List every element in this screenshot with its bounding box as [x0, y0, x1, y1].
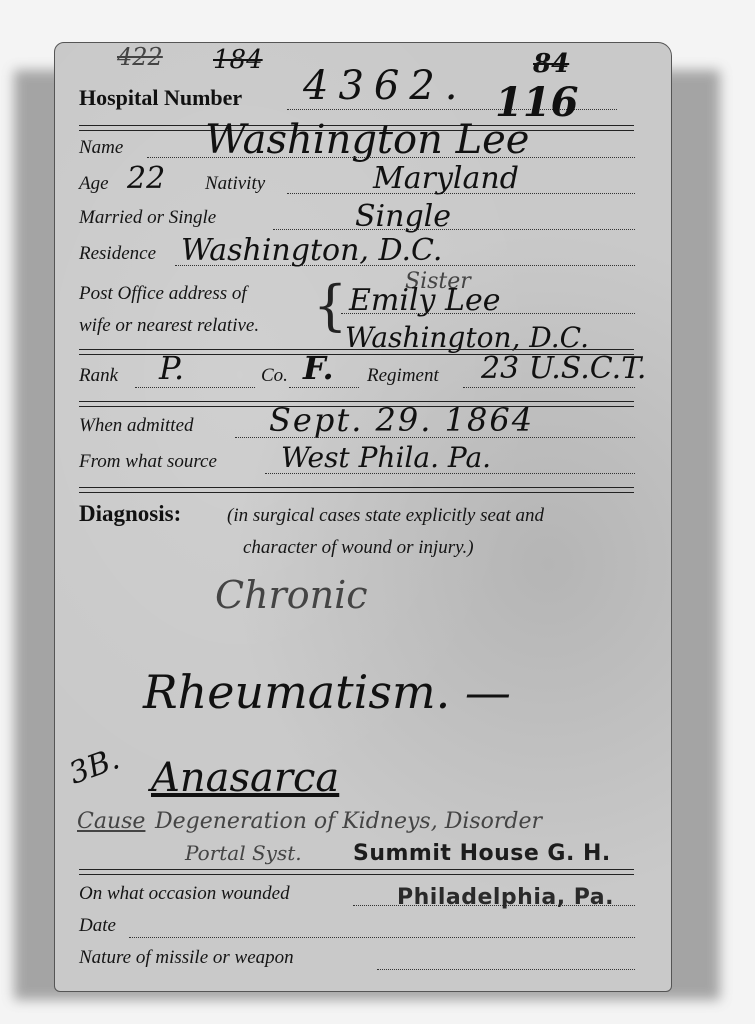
- from-what-source-value: West Phila. Pa.: [281, 441, 491, 474]
- diagnosis-instruction-line2: character of wound or injury.): [243, 537, 474, 559]
- date-dotted-line: [129, 937, 635, 938]
- regiment-label: Regiment: [367, 365, 439, 387]
- brace: {: [313, 279, 347, 333]
- diagnosis-label: Diagnosis:: [79, 501, 181, 527]
- hospital-number-value: 4362.: [303, 63, 468, 109]
- divider: [79, 487, 634, 493]
- regiment-value: 23 U.S.C.T.: [481, 351, 646, 386]
- occasion-wounded-label: On what occasion wounded: [79, 883, 290, 905]
- corner-mark-right: 84: [533, 49, 569, 79]
- post-office-label-line2: wife or nearest relative.: [79, 315, 259, 337]
- stamp-hospital-name: Summit House G. H.: [353, 841, 611, 866]
- name-value: Washington Lee: [205, 117, 529, 163]
- stamp-city: Philadelphia, Pa.: [397, 885, 614, 910]
- regiment-dotted-line: [463, 387, 635, 388]
- diagnosis-margin-note: 3B.: [65, 741, 125, 791]
- cause-line1: Degeneration of Kidneys, Disorder: [155, 809, 542, 834]
- when-admitted-value: Sept. 29. 1864: [269, 401, 534, 439]
- rank-label: Rank: [79, 365, 118, 387]
- when-admitted-label: When admitted: [79, 415, 194, 437]
- married-or-single-dotted-line: [273, 229, 635, 230]
- married-or-single-value: Single: [355, 199, 451, 234]
- date-label: Date: [79, 915, 116, 937]
- company-value: F.: [303, 349, 334, 387]
- cause-label: Cause: [77, 809, 145, 834]
- rank-value: P.: [159, 349, 184, 387]
- company-dotted-line: [289, 387, 359, 388]
- missile-label: Nature of missile or weapon: [79, 947, 294, 969]
- residence-label: Residence: [79, 243, 156, 265]
- married-or-single-label: Married or Single: [79, 207, 216, 229]
- divider: [79, 869, 634, 875]
- cause-line2: Portal Syst.: [185, 841, 302, 865]
- age-label: Age: [79, 173, 109, 195]
- name-label: Name: [79, 137, 123, 159]
- corner-mark-left: 422: [117, 43, 163, 71]
- from-what-source-label: From what source: [79, 451, 217, 473]
- nativity-label: Nativity: [205, 173, 265, 195]
- diagnosis-entry-chronic: Chronic: [215, 573, 368, 617]
- hospital-record-card: 422 184 84 Hospital Number 4362. 116 Nam…: [54, 42, 672, 992]
- diagnosis-entry-anasarca: Anasarca: [151, 755, 339, 801]
- corner-mark-middle: 184: [213, 45, 263, 75]
- company-label: Co.: [261, 365, 288, 387]
- residence-value: Washington, D.C.: [181, 233, 442, 268]
- age-value: 22: [127, 161, 165, 196]
- diagnosis-entry-rheumatism: Rheumatism. —: [143, 665, 511, 719]
- rank-dotted-line: [135, 387, 255, 388]
- post-office-value-line1: Emily Lee: [349, 283, 500, 318]
- missile-dotted-line: [377, 969, 635, 970]
- nativity-value: Maryland: [373, 161, 519, 196]
- hospital-number-label: Hospital Number: [79, 85, 242, 111]
- post-office-label-line1: Post Office address of: [79, 283, 247, 305]
- diagnosis-instruction-line1: (in surgical cases state explicitly seat…: [227, 505, 544, 527]
